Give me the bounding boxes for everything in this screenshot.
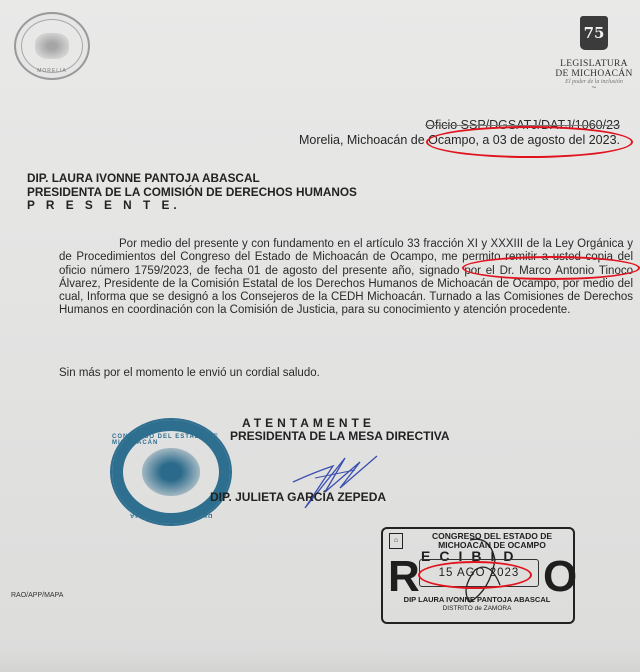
initials: RAO/APP/MAPA bbox=[11, 592, 63, 599]
body-highlight: fecha 01 de agosto del bbox=[215, 265, 338, 277]
red-annotation-ellipse-fecha bbox=[462, 256, 640, 280]
legislatura-logo: 75 LEGISLATURA DE MICHOACÁN El poder de … bbox=[552, 16, 636, 91]
logo-ornament: ~ bbox=[552, 85, 636, 91]
logo-line1: LEGISLATURA bbox=[552, 59, 636, 69]
eagle-icon bbox=[35, 33, 69, 59]
signer-name: DIP. JULIETA GARCÍA ZEPEDA bbox=[210, 490, 386, 504]
atentamente: ATENTAMENTE bbox=[242, 416, 375, 430]
eagle-seal-icon bbox=[142, 448, 200, 496]
signer-title: PRESIDENTA DE LA MESA DIRECTIVA bbox=[230, 429, 450, 443]
seal-top-text: CONGRESO DEL ESTADO DE MICHOACÁN bbox=[112, 434, 230, 446]
red-annotation-ellipse-stamp-date bbox=[418, 561, 532, 589]
seal-ring-text: MORELIA bbox=[37, 68, 67, 74]
logo-line2: DE MICHOACÁN bbox=[552, 69, 636, 79]
stamp-logo-icon: ⌂ bbox=[389, 533, 403, 549]
mexican-coat-of-arms-seal-icon: MORELIA bbox=[14, 12, 90, 80]
stamp-big-r: R bbox=[388, 555, 420, 599]
stamp-big-o: O bbox=[543, 555, 577, 599]
page-shadow bbox=[0, 650, 640, 672]
addressee-title: PRESIDENTA DE LA COMISIÓN DE DERECHOS HU… bbox=[27, 186, 357, 200]
addressee-name: DIP. LAURA IVONNE PANTOJA ABASCAL bbox=[27, 172, 357, 186]
addressee-presente: P R E S E N T E. bbox=[27, 199, 357, 213]
red-annotation-ellipse-date bbox=[426, 126, 633, 158]
seal-bottom-text: DE OCAMPO MORELIA bbox=[129, 512, 212, 518]
congress-seal: CONGRESO DEL ESTADO DE MICHOACÁN DE OCAM… bbox=[110, 418, 232, 526]
badge-75: 75 bbox=[580, 16, 608, 50]
addressee: DIP. LAURA IVONNE PANTOJA ABASCAL PRESID… bbox=[27, 172, 357, 213]
document-page: MORELIA 75 LEGISLATURA DE MICHOACÁN El p… bbox=[0, 0, 640, 672]
salute: Sin más por el momento le envió un cordi… bbox=[59, 367, 320, 379]
